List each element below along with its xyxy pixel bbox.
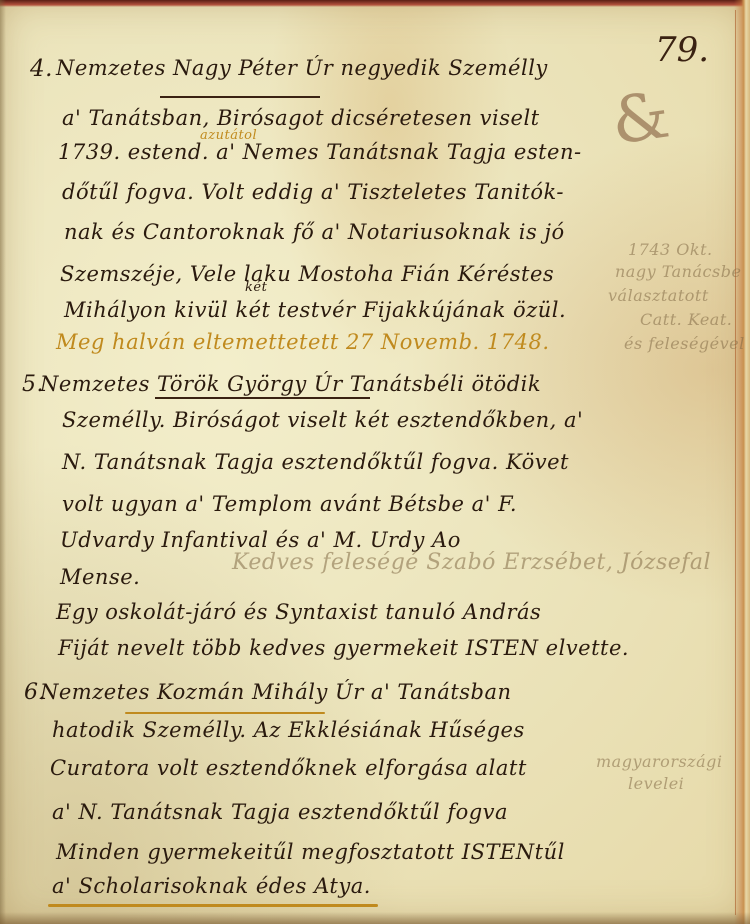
entry-4-line-4: dőtűl fogva. Volt eddig a' Tiszteletes T… bbox=[62, 180, 564, 204]
entry-4-line-5: nak és Cantoroknak fő a' Notariusoknak i… bbox=[64, 220, 565, 244]
name-underline bbox=[160, 96, 320, 98]
margin-note-6: magyarországi bbox=[596, 752, 723, 771]
entry-6-line-2: hatodik Személly. Az Ekklésiának Hűséges bbox=[52, 718, 525, 742]
ampersand-mark-icon: & bbox=[607, 78, 674, 159]
page-number: 79. bbox=[655, 30, 709, 70]
entry-6-line-1: Nemzetes Kozmán Mihály Úr a' Tanátsban bbox=[40, 680, 512, 704]
entry-4-death-note: Meg halván eltemettetett 27 Novemb. 1748… bbox=[56, 330, 550, 354]
entry-5-line-7: Egy oskolát-járó és Syntaxist tanuló And… bbox=[56, 600, 541, 624]
page-bottom-edge bbox=[0, 912, 750, 924]
entry-5-line-6: Mense. bbox=[60, 565, 140, 589]
entry-number-4: 4. bbox=[30, 56, 53, 82]
page-left-edge bbox=[0, 0, 6, 924]
margin-note-7: levelei bbox=[628, 774, 684, 793]
margin-note-3: választatott bbox=[608, 286, 709, 305]
entry-5-faint-note: Kedves feleségé Szabó Erzsébet, Józsefal bbox=[232, 550, 711, 575]
entry-4-line-1: Nemzetes Nagy Péter Úr negyedik Személly bbox=[56, 56, 548, 80]
entry-6-line-5: Minden gyermekeitűl megfosztatott ISTENt… bbox=[56, 840, 565, 864]
entry-6-line-3: Curatora volt esztendőknek elforgása ala… bbox=[50, 756, 527, 780]
margin-note-1: 1743 Okt. bbox=[628, 240, 713, 259]
entry-5-line-5: Udvardy Infantival és a' M. Urdy Ao bbox=[60, 528, 461, 552]
page-right-rule bbox=[735, 10, 736, 915]
entry-6-line-4: a' N. Tanátsnak Tagja esztendőktűl fogva bbox=[52, 800, 508, 824]
entry-4-line-3: 1739. estend. a' Nemes Tanátsnak Tagja e… bbox=[58, 140, 582, 164]
entry-5-line-2: Személly. Biróságot viselt két esztendők… bbox=[62, 408, 583, 432]
closing-underline-ochre bbox=[48, 904, 378, 907]
entry-5-line-1: Nemzetes Török György Úr Tanátsbéli ötöd… bbox=[40, 372, 541, 396]
entry-4-line-2: a' Tanátsban, Birósagot dicséretesen vis… bbox=[62, 106, 540, 130]
page-right-edge bbox=[734, 0, 750, 924]
entry-5-line-8: Fiját nevelt több kedves gyermekeit ISTE… bbox=[58, 636, 629, 660]
manuscript-page: 79. & 4. Nemzetes Nagy Péter Úr negyedik… bbox=[0, 0, 750, 924]
entry-4-insertion-ket: két bbox=[245, 280, 267, 295]
entry-4-line-6: Szemszéje, Vele laku Mostoha Fián Kérést… bbox=[60, 262, 554, 286]
page-top-edge bbox=[0, 0, 750, 7]
margin-note-5: és feleségével bbox=[624, 334, 745, 353]
margin-note-4: Catt. Keat. bbox=[640, 310, 732, 329]
entry-5-line-3: N. Tanátsnak Tagja esztendőktűl fogva. K… bbox=[62, 450, 569, 474]
margin-note-2: nagy Tanácsbe bbox=[615, 262, 741, 281]
name-underline-ochre bbox=[125, 712, 325, 714]
entry-5-line-4: volt ugyan a' Templom avánt Bétsbe a' F. bbox=[62, 492, 517, 516]
name-underline bbox=[155, 397, 370, 399]
entry-4-line-7: Mihályon kivül két testvér Fijakkújának … bbox=[64, 298, 566, 322]
entry-6-line-6: a' Scholarisoknak édes Atya. bbox=[52, 874, 371, 898]
